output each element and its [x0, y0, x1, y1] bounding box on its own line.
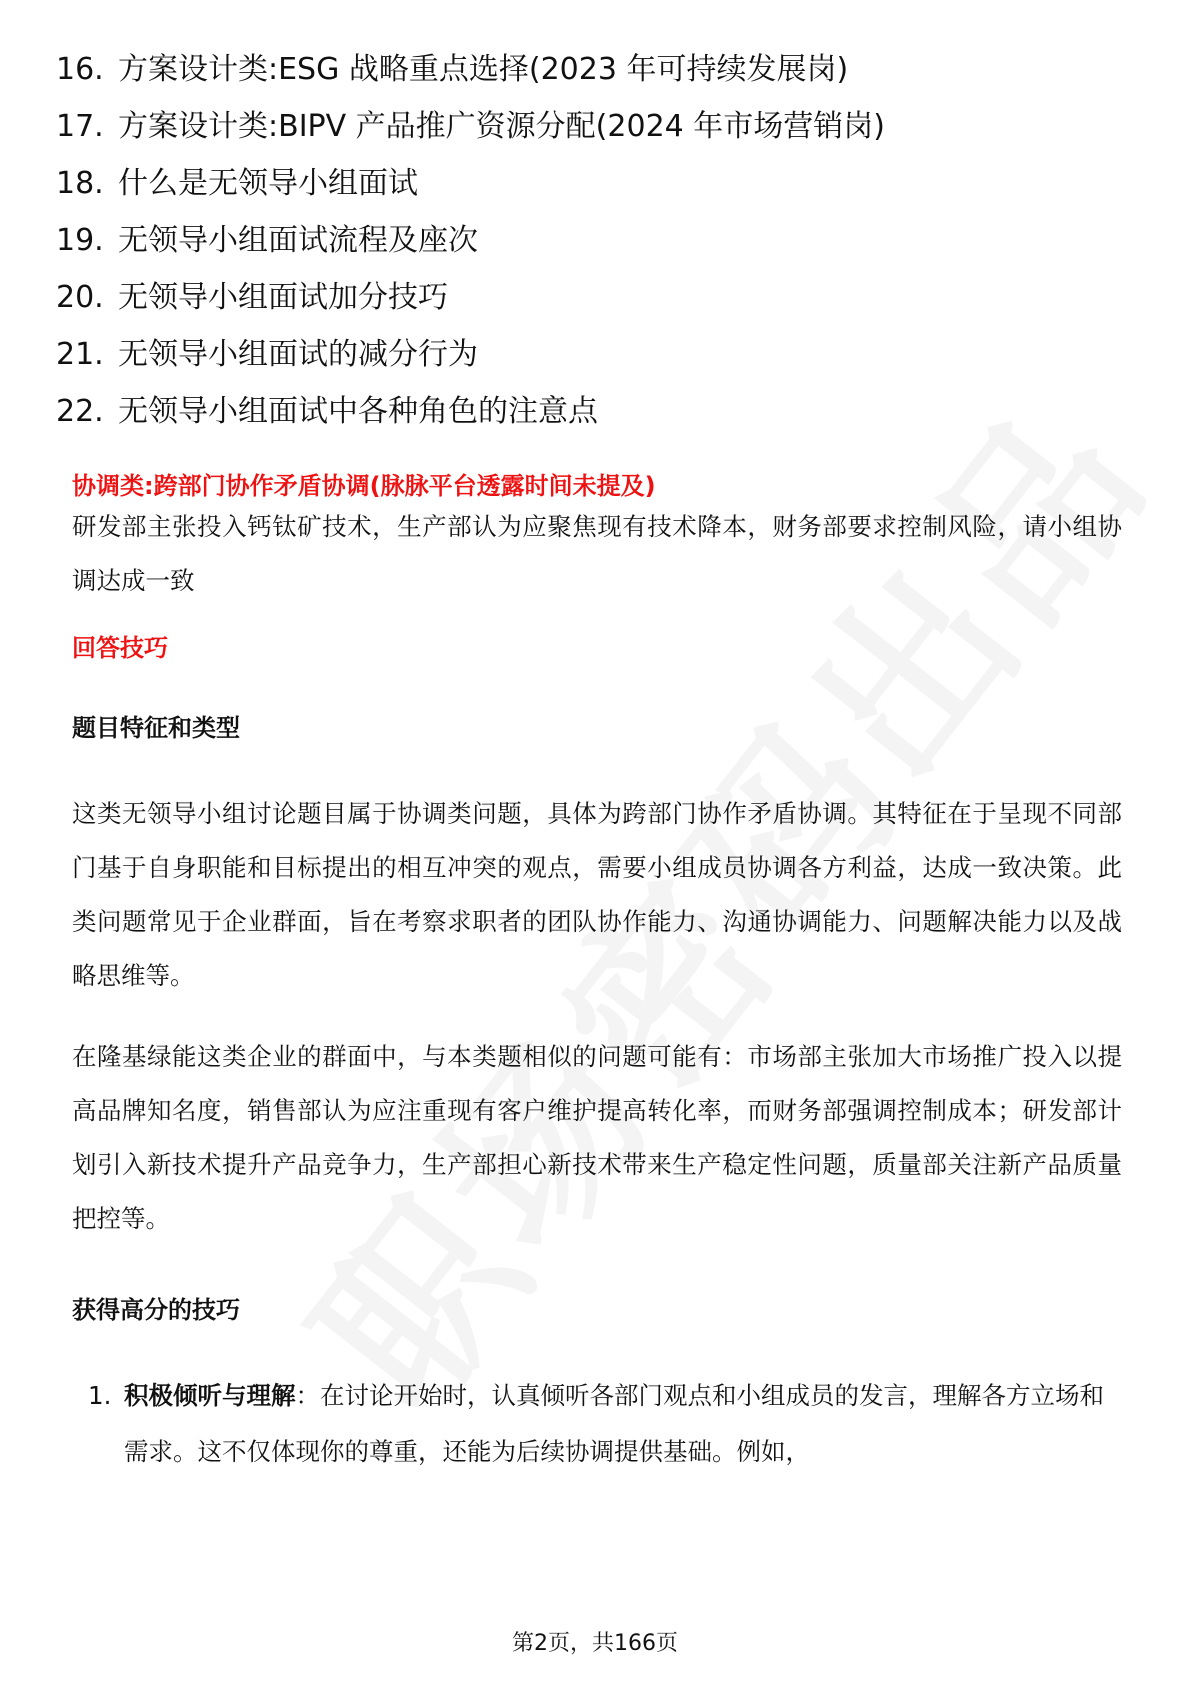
section-heading-features: 题目特征和类型	[72, 708, 240, 743]
question-body: 研发部主张投入钙钛矿技术，生产部认为应聚焦现有技术降本，财务部要求控制风险，请小…	[72, 500, 1122, 608]
toc-item: 21.无领导小组面试的减分行为	[56, 335, 478, 375]
toc-item-number: 22.	[56, 392, 118, 432]
answer-tips-label: 回答技巧	[72, 628, 168, 663]
features-paragraph: 这类无领导小组讨论题目属于协调类问题，具体为跨部门协作矛盾协调。其特征在于呈现不…	[72, 787, 1122, 1003]
toc-item-text: 什么是无领导小组面试	[118, 166, 418, 201]
toc-item: 18.什么是无领导小组面试	[56, 164, 418, 204]
list-item-body: 积极倾听与理解：在讨论开始时，认真倾听各部门观点和小组成员的发言，理解各方立场和…	[124, 1368, 1122, 1480]
toc-item-text: 无领导小组面试流程及座次	[118, 223, 478, 258]
toc-item-text: 无领导小组面试中各种角色的注意点	[118, 394, 598, 429]
list-item-bold-label: 积极倾听与理解	[124, 1381, 296, 1410]
toc-item-text: 无领导小组面试加分技巧	[118, 280, 448, 315]
section-heading-high-score: 获得高分的技巧	[72, 1290, 240, 1325]
features-paragraph: 在隆基绿能这类企业的群面中，与本类题相似的问题可能有：市场部主张加大市场推广投入…	[72, 1030, 1122, 1246]
list-item: 1. 积极倾听与理解：在讨论开始时，认真倾听各部门观点和小组成员的发言，理解各方…	[88, 1368, 1122, 1480]
toc-item-number: 19.	[56, 221, 118, 261]
toc-item: 22.无领导小组面试中各种角色的注意点	[56, 392, 598, 432]
list-item-number: 1.	[88, 1368, 111, 1424]
toc-item-number: 17.	[56, 107, 118, 147]
toc-item-text: 方案设计类:BIPV 产品推广资源分配(2024 年市场营销岗)	[118, 109, 885, 144]
toc-item-number: 18.	[56, 164, 118, 204]
toc-item-number: 21.	[56, 335, 118, 375]
toc-item-text: 无领导小组面试的减分行为	[118, 337, 478, 372]
toc-item-number: 16.	[56, 50, 118, 90]
toc-item: 17.方案设计类:BIPV 产品推广资源分配(2024 年市场营销岗)	[56, 107, 885, 147]
toc-item: 20.无领导小组面试加分技巧	[56, 278, 448, 318]
toc-item: 19.无领导小组面试流程及座次	[56, 221, 478, 261]
page-footer: 第2页，共166页	[0, 1626, 1190, 1657]
toc-item-text: 方案设计类:ESG 战略重点选择(2023 年可持续发展岗)	[118, 52, 848, 87]
toc-item: 16.方案设计类:ESG 战略重点选择(2023 年可持续发展岗)	[56, 50, 848, 90]
question-title: 协调类:跨部门协作矛盾协调(脉脉平台透露时间未提及)	[72, 466, 656, 501]
toc-item-number: 20.	[56, 278, 118, 318]
